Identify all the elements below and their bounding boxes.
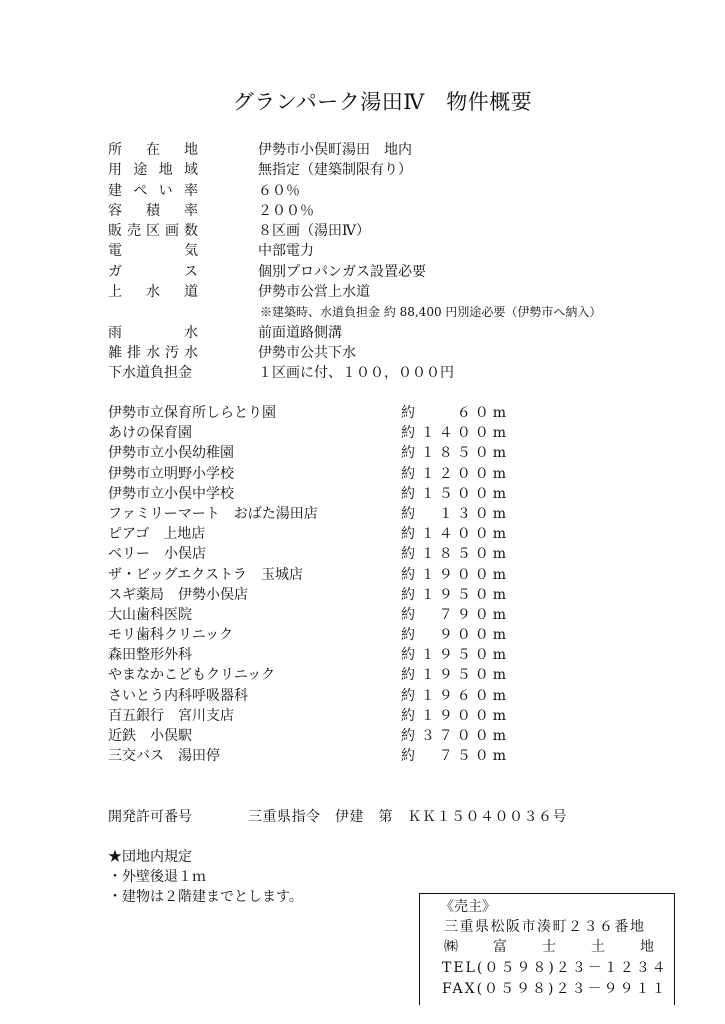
facility-row: スギ薬局 伊勢小俣店約１９５０m	[108, 585, 518, 605]
facility-distance: １２００m	[421, 464, 510, 484]
facility-distance: １９５０m	[421, 585, 510, 605]
approx-label: 約	[401, 423, 415, 443]
approx-label: 約	[401, 504, 415, 524]
facility-row: 百五銀行 宮川支店約１９００m	[108, 706, 518, 726]
seller-fax: FAX(０５９８)２３－９９１１	[442, 978, 668, 998]
spec-label-char: 電	[108, 241, 122, 261]
facility-distance: １９００m	[421, 706, 510, 726]
facility-distance: ３７００m	[421, 726, 510, 746]
spec-label-char: 上	[108, 282, 122, 302]
facility-row: 三交バス 湯田停約７５０m	[108, 746, 518, 766]
facility-name: 伊勢市立小俣中学校	[108, 484, 234, 504]
facility-distance: ６０m	[457, 403, 510, 423]
facility-distance: １９５０m	[421, 665, 510, 685]
facility-row: 伊勢市立保育所しらとり園約６０m	[108, 403, 518, 423]
facility-row: 大山歯科医院約７９０m	[108, 605, 518, 625]
permit-label: 開発許可番号	[108, 806, 192, 826]
facility-name: ベリー 小俣店	[108, 544, 206, 564]
facility-distance: １９００m	[421, 565, 510, 585]
seller-company-name: ㈱富士土地	[444, 936, 654, 956]
spec-label-char: 用	[108, 160, 122, 180]
facility-distance: １４００m	[421, 423, 510, 443]
facility-name: ザ・ビッグエクストラ 玉城店	[108, 565, 303, 585]
facility-distance: １５００m	[421, 484, 510, 504]
spec-label: 容積率	[108, 201, 198, 221]
spec-label-char: 道	[184, 282, 198, 302]
spec-label-char: 雑	[108, 343, 122, 363]
facility-name: 大山歯科医院	[108, 605, 192, 625]
seller-name-char: 富	[493, 936, 507, 956]
spec-value: 伊勢市小俣町湯田 地内	[258, 140, 412, 160]
facility-distance: １９５０m	[421, 645, 510, 665]
spec-label-char: 水	[184, 343, 198, 363]
spec-label: 販売区画数	[108, 221, 198, 241]
approx-label: 約	[401, 524, 415, 544]
spec-label: 用途地域	[108, 160, 198, 180]
facility-name: 伊勢市立小俣幼稚園	[108, 443, 234, 463]
estate-rules: ★団地内規定 ・外壁後退１ｍ ・建物は２階建までとします。	[108, 847, 303, 907]
spec-label-char: 水	[184, 323, 198, 343]
facility-name: ファミリーマート おばた湯田店	[108, 504, 318, 524]
facility-name: 近鉄 小俣駅	[108, 726, 192, 746]
spec-label-char: ガ	[108, 262, 122, 282]
approx-label: 約	[401, 403, 415, 423]
facility-distance: ７５０m	[439, 746, 510, 766]
spec-label-char: 気	[184, 241, 198, 261]
facility-distance: ９００m	[439, 625, 510, 645]
spec-label-char: 販	[108, 221, 122, 241]
spec-value: 個別プロパンガス設置必要	[258, 262, 426, 282]
approx-label: 約	[401, 726, 415, 746]
facility-row: ピアゴ 上地店約１４００m	[108, 524, 518, 544]
spec-label: 電気	[108, 241, 198, 261]
approx-label: 約	[401, 544, 415, 564]
facility-distance: １８５０m	[421, 544, 510, 564]
spec-label-char: 容	[108, 201, 122, 221]
seller-title: 《売主》	[440, 896, 496, 916]
facility-row: ベリー 小俣店約１８５０m	[108, 544, 518, 564]
spec-value: １区画に付、１００，０００円	[258, 363, 454, 383]
approx-label: 約	[401, 484, 415, 504]
spec-value: 伊勢市公共下水	[258, 343, 356, 363]
facility-distance: １３０m	[439, 504, 510, 524]
rule-item: ・建物は２階建までとします。	[108, 887, 303, 907]
permit-number: 三重県指令 伊建 第 ＫＫ１５０４００３６号	[248, 806, 567, 826]
spec-label-char: 地	[184, 140, 198, 160]
spec-label-char: 区	[146, 221, 160, 241]
approx-label: 約	[401, 706, 415, 726]
spec-note: ※建築時、水道負担金 約 88,400 円別途必要（伊勢市へ納入）	[260, 302, 601, 322]
spec-value: 無指定（建築制限有り）	[258, 160, 412, 180]
spec-label-char: 域	[184, 160, 198, 180]
approx-label: 約	[401, 665, 415, 685]
facility-name: 三交バス 湯田停	[108, 746, 220, 766]
spec-label: 所在地	[108, 140, 198, 160]
facility-row: モリ歯科クリニック約９００m	[108, 625, 518, 645]
spec-label-char: 画	[165, 221, 179, 241]
approx-label: 約	[401, 686, 415, 706]
facility-name: やまなかこどもクリニック	[108, 665, 275, 685]
facility-row: 伊勢市立明野小学校約１２００m	[108, 464, 518, 484]
facility-name: 森田整形外科	[108, 645, 192, 665]
spec-label-char: 積	[146, 201, 160, 221]
facility-name: 百五銀行 宮川支店	[108, 706, 234, 726]
spec-value: 前面道路側溝	[258, 323, 342, 343]
approx-label: 約	[401, 746, 415, 766]
approx-label: 約	[401, 585, 415, 605]
facility-name: スギ薬局 伊勢小俣店	[108, 585, 248, 605]
facility-name: ピアゴ 上地店	[108, 524, 205, 544]
spec-value: 伊勢市公営上水道	[258, 282, 370, 302]
spec-label-char: 汚	[165, 343, 179, 363]
seller-name-char: 地	[640, 936, 654, 956]
spec-label-char: 在	[146, 140, 160, 160]
spec-label-char: ス	[184, 262, 198, 282]
approx-label: 約	[401, 443, 415, 463]
facility-name: あけの保育園	[108, 423, 192, 443]
rule-item: ・外壁後退１ｍ	[108, 867, 303, 887]
spec-value: ８区画（湯田Ⅳ）	[258, 221, 370, 241]
spec-value: ６０％	[258, 181, 300, 201]
spec-label: ガス	[108, 262, 198, 282]
facility-row: ザ・ビッグエクストラ 玉城店約１９００m	[108, 565, 518, 585]
spec-label-char: 雨	[108, 323, 122, 343]
facility-name: さいとう内科呼吸器科	[108, 686, 248, 706]
facility-name: 伊勢市立保育所しらとり園	[108, 403, 276, 423]
spec-value: ２００％	[258, 201, 314, 221]
spec-label-char: 途	[133, 160, 147, 180]
seller-box: 《売主》 三重県松阪市湊町２３６番地 ㈱富士土地 TEL(０５９８)２３－１２３…	[419, 893, 675, 1005]
spec-label-char: 売	[127, 221, 141, 241]
spec-label: 上水道	[108, 282, 198, 302]
rules-heading: ★団地内規定	[108, 847, 303, 867]
approx-label: 約	[401, 565, 415, 585]
approx-label: 約	[401, 645, 415, 665]
spec-label-char: 水	[146, 343, 160, 363]
spec-label-char: 数	[184, 221, 198, 241]
facility-distance: １９６０m	[421, 686, 510, 706]
seller-phone: TEL(０５９８)２３－１２３４	[442, 957, 668, 977]
facility-row: 近鉄 小俣駅約３７００m	[108, 726, 518, 746]
spec-label-char: 地	[159, 160, 173, 180]
facility-name: 伊勢市立明野小学校	[108, 464, 234, 484]
spec-value: 中部電力	[258, 241, 314, 261]
facility-row: ファミリーマート おばた湯田店約１３０m	[108, 504, 518, 524]
spec-label-char: ぺ	[133, 181, 147, 201]
facility-row: 森田整形外科約１９５０m	[108, 645, 518, 665]
facility-distance: ７９０m	[439, 605, 510, 625]
seller-name-char: ㈱	[444, 936, 458, 956]
nearby-facilities-list: 伊勢市立保育所しらとり園約６０mあけの保育園約１４００m伊勢市立小俣幼稚園約１８…	[108, 403, 518, 766]
seller-name-char: 士	[542, 936, 556, 956]
facility-row: やまなかこどもクリニック約１９５０m	[108, 665, 518, 685]
spec-label-char: 排	[127, 343, 141, 363]
spec-label: 建ぺい率	[108, 181, 198, 201]
spec-label-char: い	[159, 181, 173, 201]
facility-row: 伊勢市立小俣幼稚園約１８５０m	[108, 443, 518, 463]
approx-label: 約	[401, 625, 415, 645]
facility-row: 伊勢市立小俣中学校約１５００m	[108, 484, 518, 504]
facility-name: モリ歯科クリニック	[108, 625, 233, 645]
approx-label: 約	[401, 605, 415, 625]
spec-label: 下水道負担金	[108, 363, 198, 383]
page-title: グランパーク湯田Ⅳ 物件概要	[0, 86, 725, 116]
spec-label-char: 水	[146, 282, 160, 302]
spec-label: 雑排水汚水	[108, 343, 198, 363]
spec-label-char: 率	[184, 181, 198, 201]
spec-label-char: 率	[184, 201, 198, 221]
spec-label: 雨水	[108, 323, 198, 343]
facility-distance: １４００m	[421, 524, 510, 544]
approx-label: 約	[401, 464, 415, 484]
seller-address: 三重県松阪市湊町２３６番地	[444, 916, 646, 936]
spec-label-char: 所	[108, 140, 122, 160]
facility-distance: １８５０m	[421, 443, 510, 463]
seller-name-char: 土	[591, 936, 605, 956]
facility-row: さいとう内科呼吸器科約１９６０m	[108, 686, 518, 706]
facility-row: あけの保育園約１４００m	[108, 423, 518, 443]
spec-label-char: 建	[108, 181, 122, 201]
